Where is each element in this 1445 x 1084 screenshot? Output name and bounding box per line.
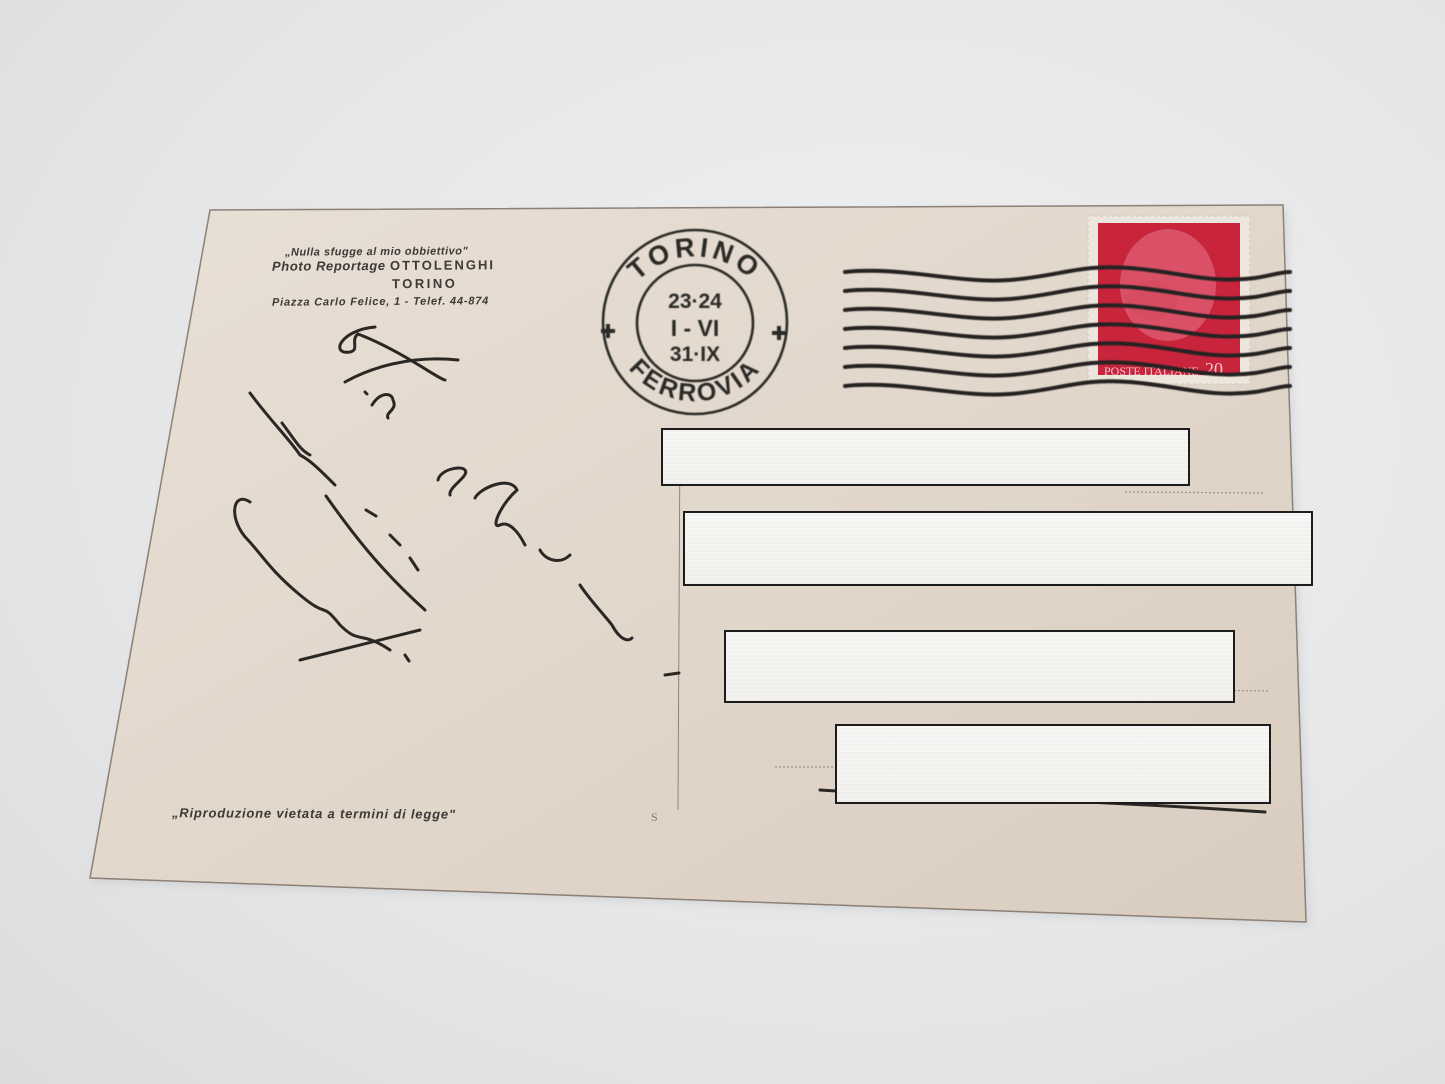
postcard-photo: TORINO FERROVIA 23·24 I - VI 31·IX POSTE… bbox=[0, 0, 1445, 1084]
studio-name: OTTOLENGHI bbox=[390, 257, 495, 273]
redaction-box-2 bbox=[683, 511, 1313, 586]
printed-footer: „Riproduzione vietata a termini di legge… bbox=[172, 805, 456, 821]
redaction-box-3 bbox=[724, 630, 1235, 703]
redaction-box-4 bbox=[835, 724, 1271, 804]
postmark-date: I - VI bbox=[671, 315, 720, 341]
printed-address: Piazza Carlo Felice, 1 - Telef. 44-874 bbox=[272, 295, 489, 309]
printer-mark: S bbox=[651, 810, 658, 825]
printed-studio: Photo Reportage OTTOLENGHI bbox=[272, 257, 495, 274]
postmark-time: 23·24 bbox=[668, 290, 722, 313]
redaction-box-1 bbox=[661, 428, 1190, 486]
studio-prefix: Photo Reportage bbox=[272, 258, 386, 274]
postmark-year: 31·IX bbox=[670, 343, 720, 366]
printed-city: TORINO bbox=[392, 276, 457, 291]
